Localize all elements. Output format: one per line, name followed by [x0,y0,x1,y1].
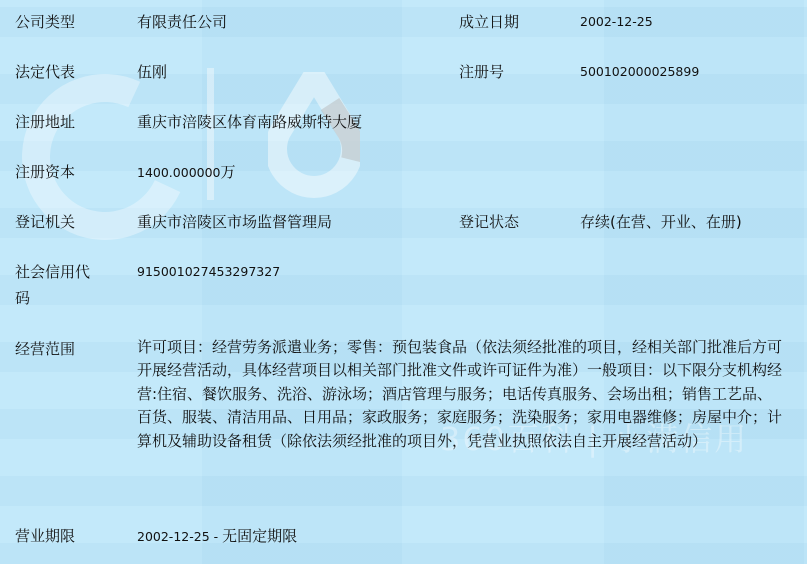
value-company-type: 有限责任公司 [137,9,227,35]
label-company-type: 公司类型 [15,9,105,35]
value-registration-number: 500102000025899 [580,59,699,85]
value-legal-representative: 伍刚 [137,59,167,85]
value-registration-status: 存续(在营、开业、在册) [580,209,742,235]
value-business-scope: 许可项目：经营劳务派遣业务；零售：预包装食品（依法须经批准的项目，经相关部门批准… [137,336,787,453]
value-registered-address: 重庆市涪陵区体育南路威斯特大厦 [137,109,362,135]
value-credit-code: 915001027453297327 [137,259,280,285]
value-business-term: 2002-12-25 - 无固定期限 [137,523,297,550]
label-credit-code: 社会信用代码 [15,259,99,311]
term-separator: - [210,529,222,544]
capital-unit: 万 [221,163,236,181]
watermark-drop-icon [268,72,360,202]
capital-amount: 1400.000000 [137,165,221,180]
label-registered-capital: 注册资本 [15,159,105,185]
value-registered-capital: 1400.000000万 [137,159,236,186]
label-registration-number: 注册号 [459,59,504,85]
label-business-term: 营业期限 [15,523,105,549]
label-registration-status: 登记状态 [459,209,519,235]
label-legal-representative: 法定代表 [15,59,105,85]
label-business-scope: 经营范围 [15,336,105,362]
term-start: 2002-12-25 [137,529,210,544]
label-registration-authority: 登记机关 [15,209,105,235]
value-registration-authority: 重庆市涪陵区市场监督管理局 [137,209,332,235]
label-registered-address: 注册地址 [15,109,105,135]
label-established-date: 成立日期 [459,9,519,35]
value-established-date: 2002-12-25 [580,9,653,35]
term-end: 无固定期限 [222,527,297,545]
